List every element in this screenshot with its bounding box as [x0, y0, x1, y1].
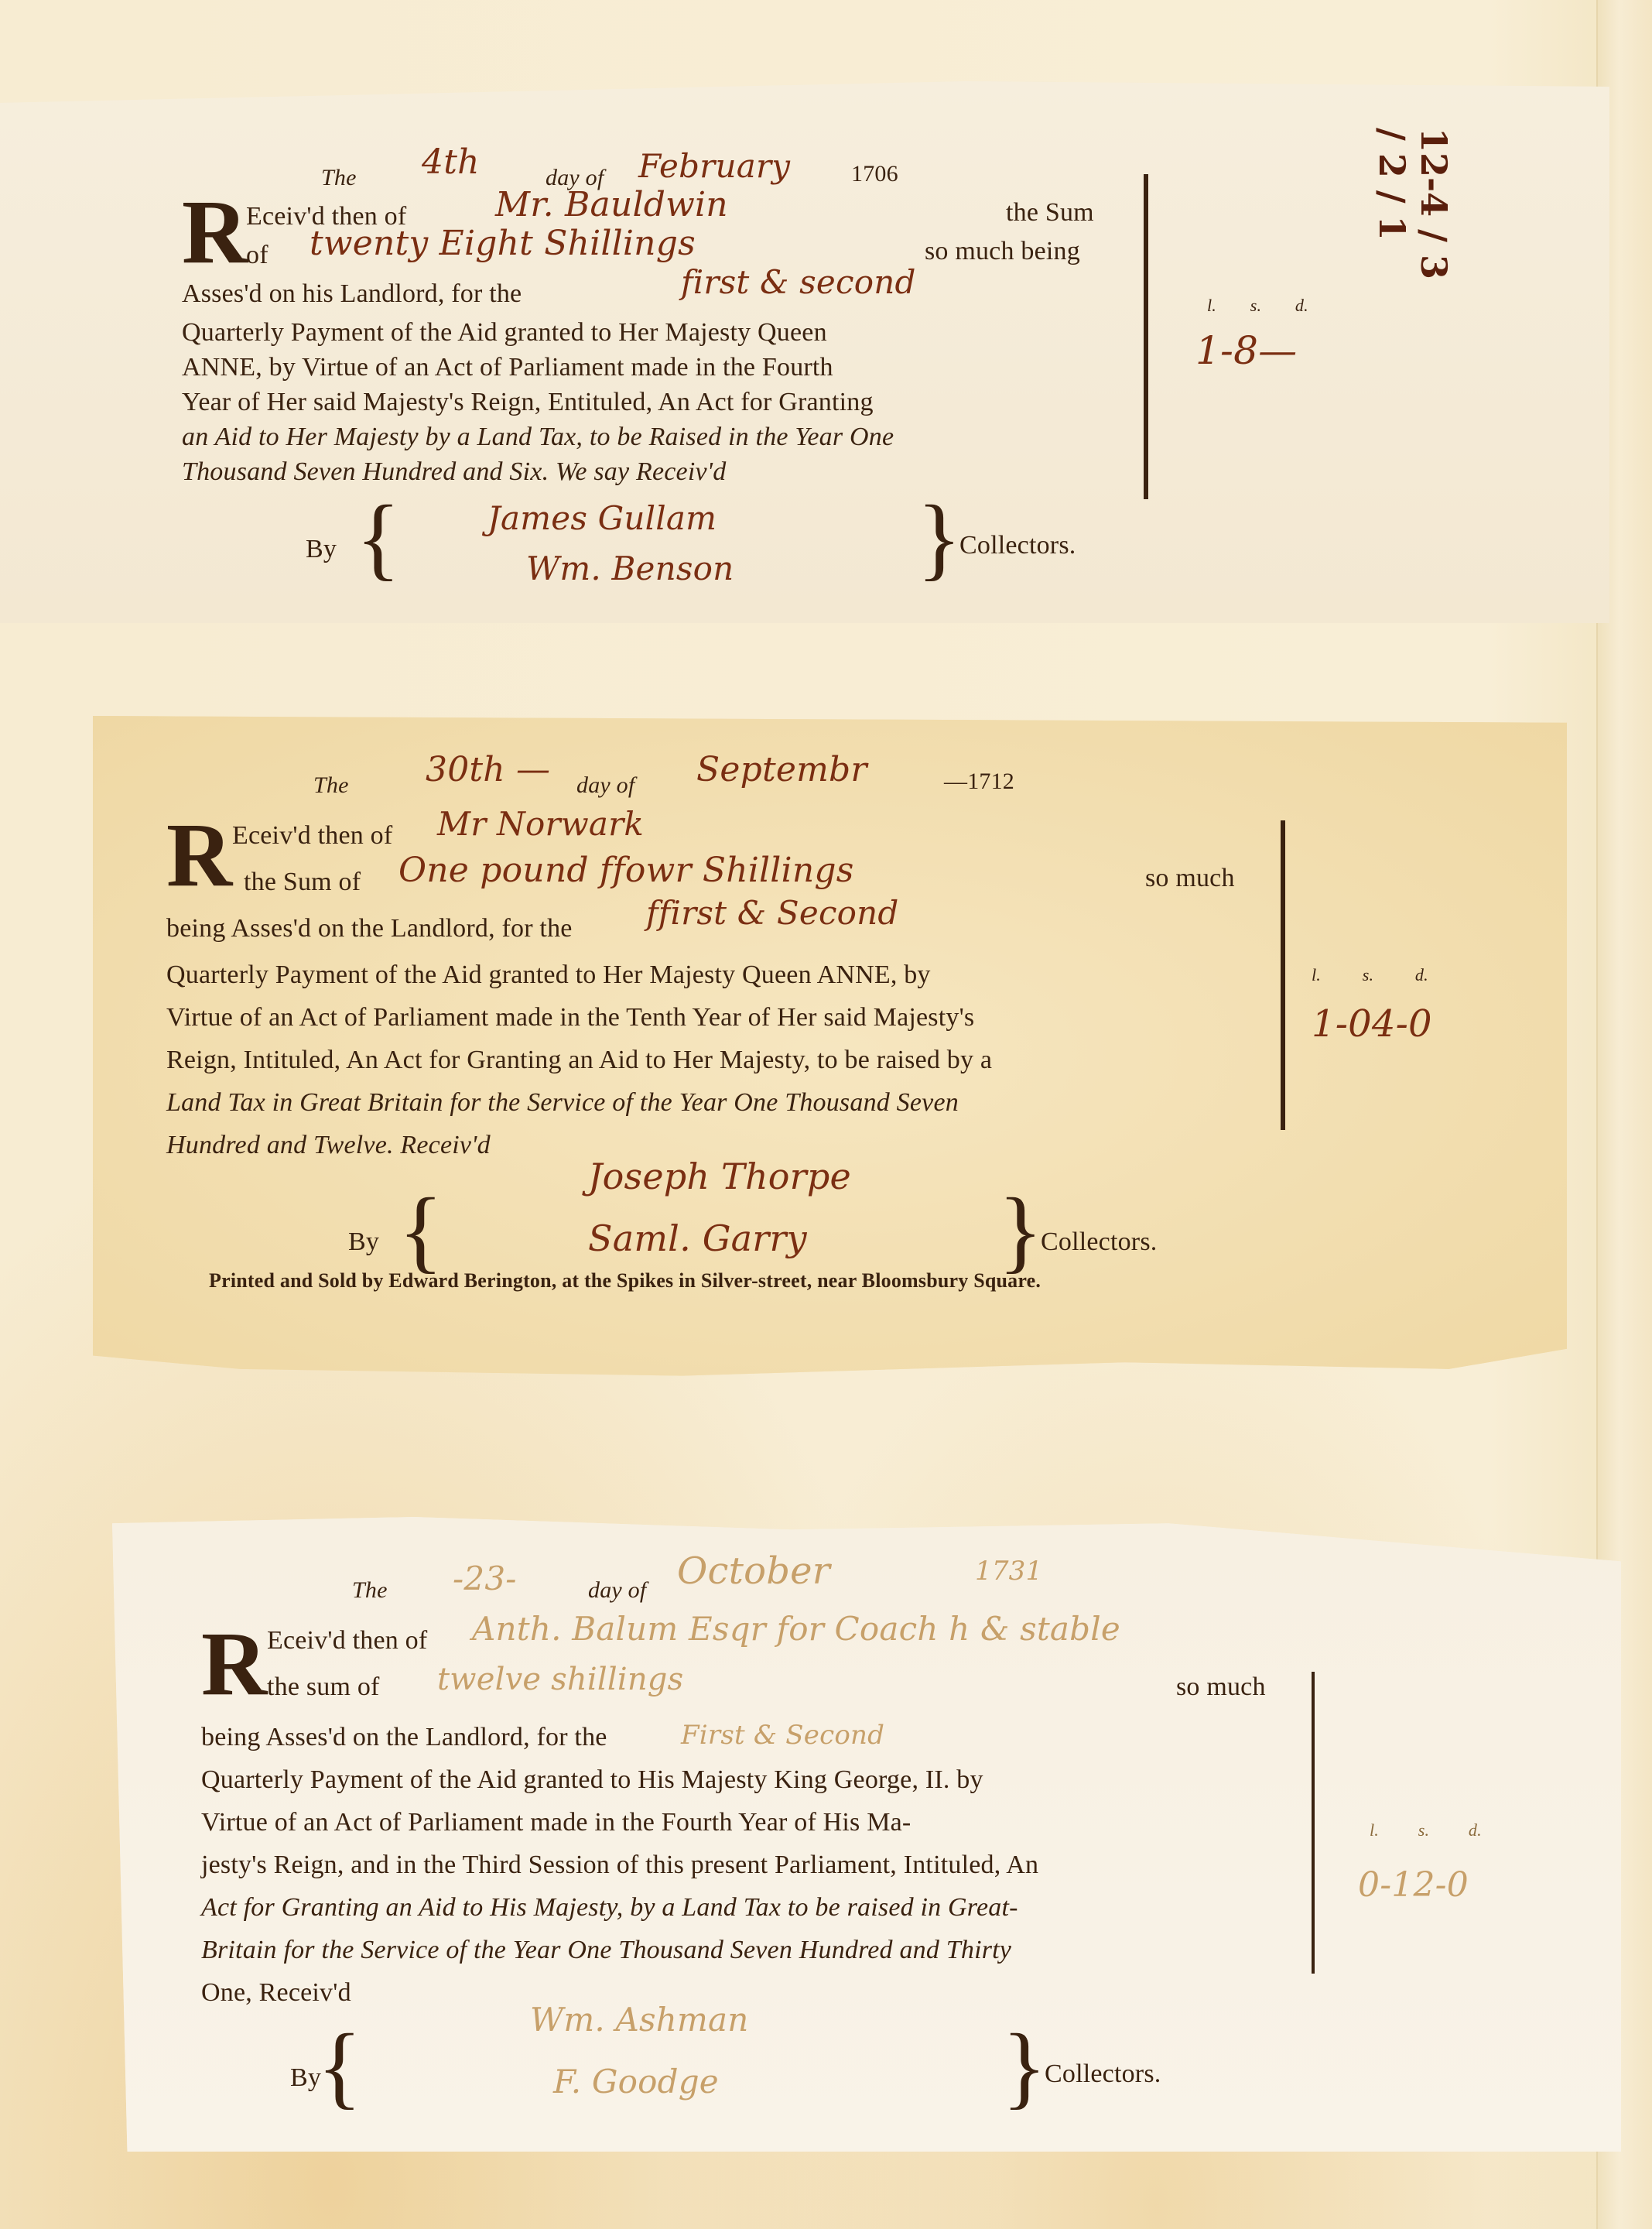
shillings-header: s. — [1250, 296, 1261, 315]
amount-bracket — [1281, 820, 1285, 1130]
amount-handwritten: twelve shillings — [437, 1664, 683, 1695]
pence-header: d. — [1295, 296, 1308, 315]
signature-1: Joseph Thorpe — [588, 1161, 851, 1192]
signature-2: F. Goodge — [553, 2066, 719, 2097]
shillings-header: s. — [1363, 965, 1373, 984]
quarters-handwritten: ffirst & Second — [646, 898, 899, 929]
by-label: By — [306, 534, 337, 565]
right-brace: } — [1002, 2020, 1047, 2113]
pence-header: d. — [1469, 1820, 1482, 1840]
amount-bracket — [1144, 174, 1148, 499]
year-label: —1712 — [944, 766, 1014, 797]
assessed-label: being Asses'd on the Landlord, for the — [201, 1722, 607, 1753]
body-line-2: Virtue of an Act of Parliament made in t… — [201, 1807, 911, 1838]
body-line-4: Act for Granting an Aid to His Majesty, … — [201, 1892, 1018, 1923]
drop-cap-r: R — [166, 813, 232, 898]
quarters-handwritten: First & Second — [681, 1720, 884, 1751]
collectors-label: Collectors. — [1045, 2059, 1161, 2090]
year-label: 1731 — [975, 1556, 1042, 1587]
body-line-5: Thousand Seven Hundred and Six. We say R… — [182, 457, 726, 488]
day-prefix: The — [352, 1575, 388, 1606]
body-line-3: Year of Her said Majesty's Reign, Entitu… — [182, 387, 874, 418]
pounds-header: l. — [1312, 965, 1321, 984]
left-brace: { — [317, 2020, 362, 2113]
body-line-4: an Aid to Her Majesty by a Land Tax, to … — [182, 422, 894, 453]
printer-imprint: Printed and Sold by Edward Berington, at… — [209, 1265, 1041, 1296]
year-label: 1706 — [851, 159, 898, 190]
signature-2: Saml. Garry — [588, 1223, 807, 1254]
pounds-header: l. — [1370, 1820, 1379, 1840]
so-much-label: so much — [1145, 863, 1235, 894]
signature-2: Wm. Benson — [526, 553, 734, 584]
of-label: of — [246, 240, 268, 271]
body-line-3: Reign, Intituled, An Act for Granting an… — [166, 1045, 992, 1076]
drop-cap-r: R — [201, 1621, 267, 1707]
pence-header: d. — [1415, 965, 1428, 984]
month-handwritten: Septembr — [696, 755, 867, 786]
day-of-label: day of — [588, 1575, 646, 1606]
month-handwritten: October — [677, 1556, 830, 1587]
quarters-handwritten: first & second — [681, 267, 916, 298]
body-line-4: Land Tax in Great Britain for the Servic… — [166, 1087, 959, 1118]
body-line-5: Britain for the Service of the Year One … — [201, 1935, 1011, 1966]
amount-handwritten: twenty Eight Shillings — [310, 228, 696, 259]
body-line-6: One, Receiv'd — [201, 1977, 351, 2008]
the-sum-label: the Sum of — [244, 867, 361, 898]
day-prefix: The — [313, 770, 349, 801]
left-brace: { — [356, 491, 401, 584]
day-handwritten: 4th — [422, 147, 480, 178]
drop-cap-r: R — [182, 190, 248, 275]
receipt-1731: The -23- day of October 1731 R Eceiv'd t… — [112, 1517, 1621, 2152]
receipt-1706: The 4th day of February 1706 R Eceiv'd t… — [0, 81, 1609, 623]
lsd-amount: 1-04-0 — [1312, 1002, 1432, 1046]
assessed-label: being Asses'd on the Landlord, for the — [166, 913, 573, 944]
payer-name: Anth. Balum Esqr for Coach h & stable — [472, 1614, 1120, 1645]
receipt-1712: The 30th — day of Septembr —1712 R Eceiv… — [93, 716, 1567, 1389]
day-handwritten: -23- — [453, 1563, 517, 1594]
signature-1: Wm. Ashman — [530, 2005, 749, 2036]
amount-bracket — [1312, 1672, 1315, 1974]
body-line-1: Quarterly Payment of the Aid granted to … — [201, 1765, 983, 1796]
so-much-being-label: so much being — [925, 236, 1080, 267]
body-line-2: ANNE, by Virtue of an Act of Parliament … — [182, 352, 833, 383]
day-prefix: The — [321, 163, 357, 193]
received-of-label: Eceiv'd then of — [232, 820, 392, 851]
right-brace: } — [917, 491, 962, 584]
the-sum-label: the Sum — [1006, 197, 1094, 228]
body-line-3: jesty's Reign, and in the Third Session … — [201, 1850, 1038, 1881]
pounds-header: l. — [1207, 296, 1216, 315]
lsd-headers: l. s. d. — [1207, 290, 1308, 321]
payer-name: Mr Norwark — [437, 809, 644, 840]
right-brace: } — [998, 1184, 1043, 1277]
left-brace: { — [398, 1184, 443, 1277]
received-of-label: Eceiv'd then of — [267, 1625, 427, 1656]
the-sum-label: the sum of — [267, 1672, 380, 1703]
shillings-header: s. — [1418, 1820, 1429, 1840]
body-line-2: Virtue of an Act of Parliament made in t… — [166, 1002, 974, 1033]
by-label: By — [348, 1227, 379, 1258]
collectors-label: Collectors. — [959, 530, 1076, 561]
payer-name: Mr. Bauldwin — [495, 190, 728, 221]
margin-annotation: 12-4 / 3 / 2 / 1 — [1371, 128, 1455, 282]
body-line-1: Quarterly Payment of the Aid granted to … — [166, 960, 931, 991]
collectors-label: Collectors. — [1041, 1227, 1157, 1258]
lsd-amount: 0-12-0 — [1358, 1865, 1469, 1905]
assessed-label: Asses'd on his Landlord, for the — [182, 279, 522, 310]
body-line-1: Quarterly Payment of the Aid granted to … — [182, 317, 827, 348]
signature-1: James Gullam — [487, 503, 717, 534]
day-of-label: day of — [576, 770, 634, 801]
lsd-amount: 1-8— — [1195, 329, 1297, 372]
month-handwritten: February — [638, 151, 790, 182]
body-line-5: Hundred and Twelve. Receiv'd — [166, 1130, 491, 1161]
lsd-headers: l. s. d. — [1312, 960, 1428, 991]
lsd-headers: l. s. d. — [1370, 1815, 1482, 1846]
day-handwritten: 30th — — [426, 755, 550, 786]
so-much-label: so much — [1176, 1672, 1266, 1703]
amount-handwritten: One pound ffowr Shillings — [398, 855, 854, 886]
